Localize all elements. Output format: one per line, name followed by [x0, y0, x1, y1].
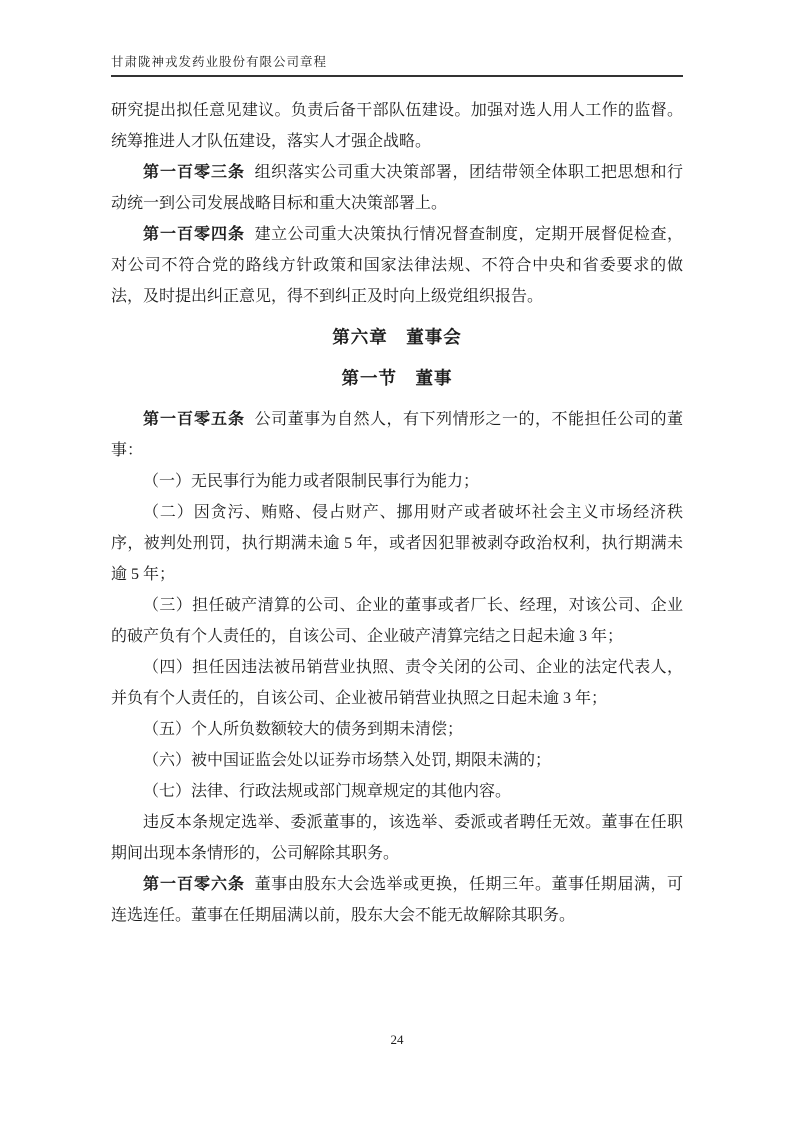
- article-105-number: 第一百零五条: [143, 411, 245, 428]
- document-page: 甘肃陇神戎发药业股份有限公司章程 研究提出拟任意见建议。负责后备干部队伍建设。加…: [0, 0, 794, 1122]
- paragraph-after-clauses: 违反本条规定选举、委派董事的，该选举、委派或者聘任无效。董事在任职期间出现本条情…: [111, 807, 683, 869]
- article-105: 第一百零五条公司董事为自然人，有下列情形之一的，不能担任公司的董事：: [111, 404, 683, 466]
- page-header: 甘肃陇神戎发药业股份有限公司章程: [111, 0, 683, 77]
- article-106: 第一百零六条董事由股东大会选举或更换，任期三年。董事任期届满，可连选连任。董事在…: [111, 869, 683, 931]
- article-104-number: 第一百零四条: [143, 226, 245, 243]
- section-heading: 第一节 董事: [111, 363, 683, 394]
- page-footer: 24: [0, 1032, 794, 1048]
- article-106-number: 第一百零六条: [143, 876, 245, 893]
- article-103-number: 第一百零三条: [143, 164, 245, 181]
- article-103: 第一百零三条组织落实公司重大决策部署，团结带领全体职工把思想和行动统一到公司发展…: [111, 157, 683, 219]
- paragraph-continuation: 研究提出拟任意见建议。负责后备干部队伍建设。加强对选人用人工作的监督。统筹推进人…: [111, 95, 683, 157]
- paragraph-text: 研究提出拟任意见建议。负责后备干部队伍建设。加强对选人用人工作的监督。统筹推进人…: [111, 102, 683, 150]
- clause-item-4: （四）担任因违法被吊销营业执照、责令关闭的公司、企业的法定代表人，并负有个人责任…: [111, 652, 683, 714]
- clause-item-5: （五）个人所负数额较大的债务到期未清偿；: [111, 714, 683, 745]
- clause-item-7: （七）法律、行政法规或部门规章规定的其他内容。: [111, 776, 683, 807]
- clause-item-2: （二）因贪污、贿赂、侵占财产、挪用财产或者破坏社会主义市场经济秩序，被判处刑罚，…: [111, 497, 683, 590]
- article-104: 第一百零四条建立公司重大决策执行情况督查制度，定期开展督促检查，对公司不符合党的…: [111, 219, 683, 312]
- page-number: 24: [391, 1032, 404, 1047]
- clause-item-1: （一）无民事行为能力或者限制民事行为能力；: [111, 466, 683, 497]
- clause-item-3: （三）担任破产清算的公司、企业的董事或者厂长、经理，对该公司、企业的破产负有个人…: [111, 590, 683, 652]
- chapter-heading: 第六章 董事会: [111, 322, 683, 353]
- header-title: 甘肃陇神戎发药业股份有限公司章程: [111, 55, 327, 69]
- clause-item-6: （六）被中国证监会处以证券市场禁入处罚, 期限未满的；: [111, 745, 683, 776]
- document-body: 研究提出拟任意见建议。负责后备干部队伍建设。加强对选人用人工作的监督。统筹推进人…: [111, 95, 683, 931]
